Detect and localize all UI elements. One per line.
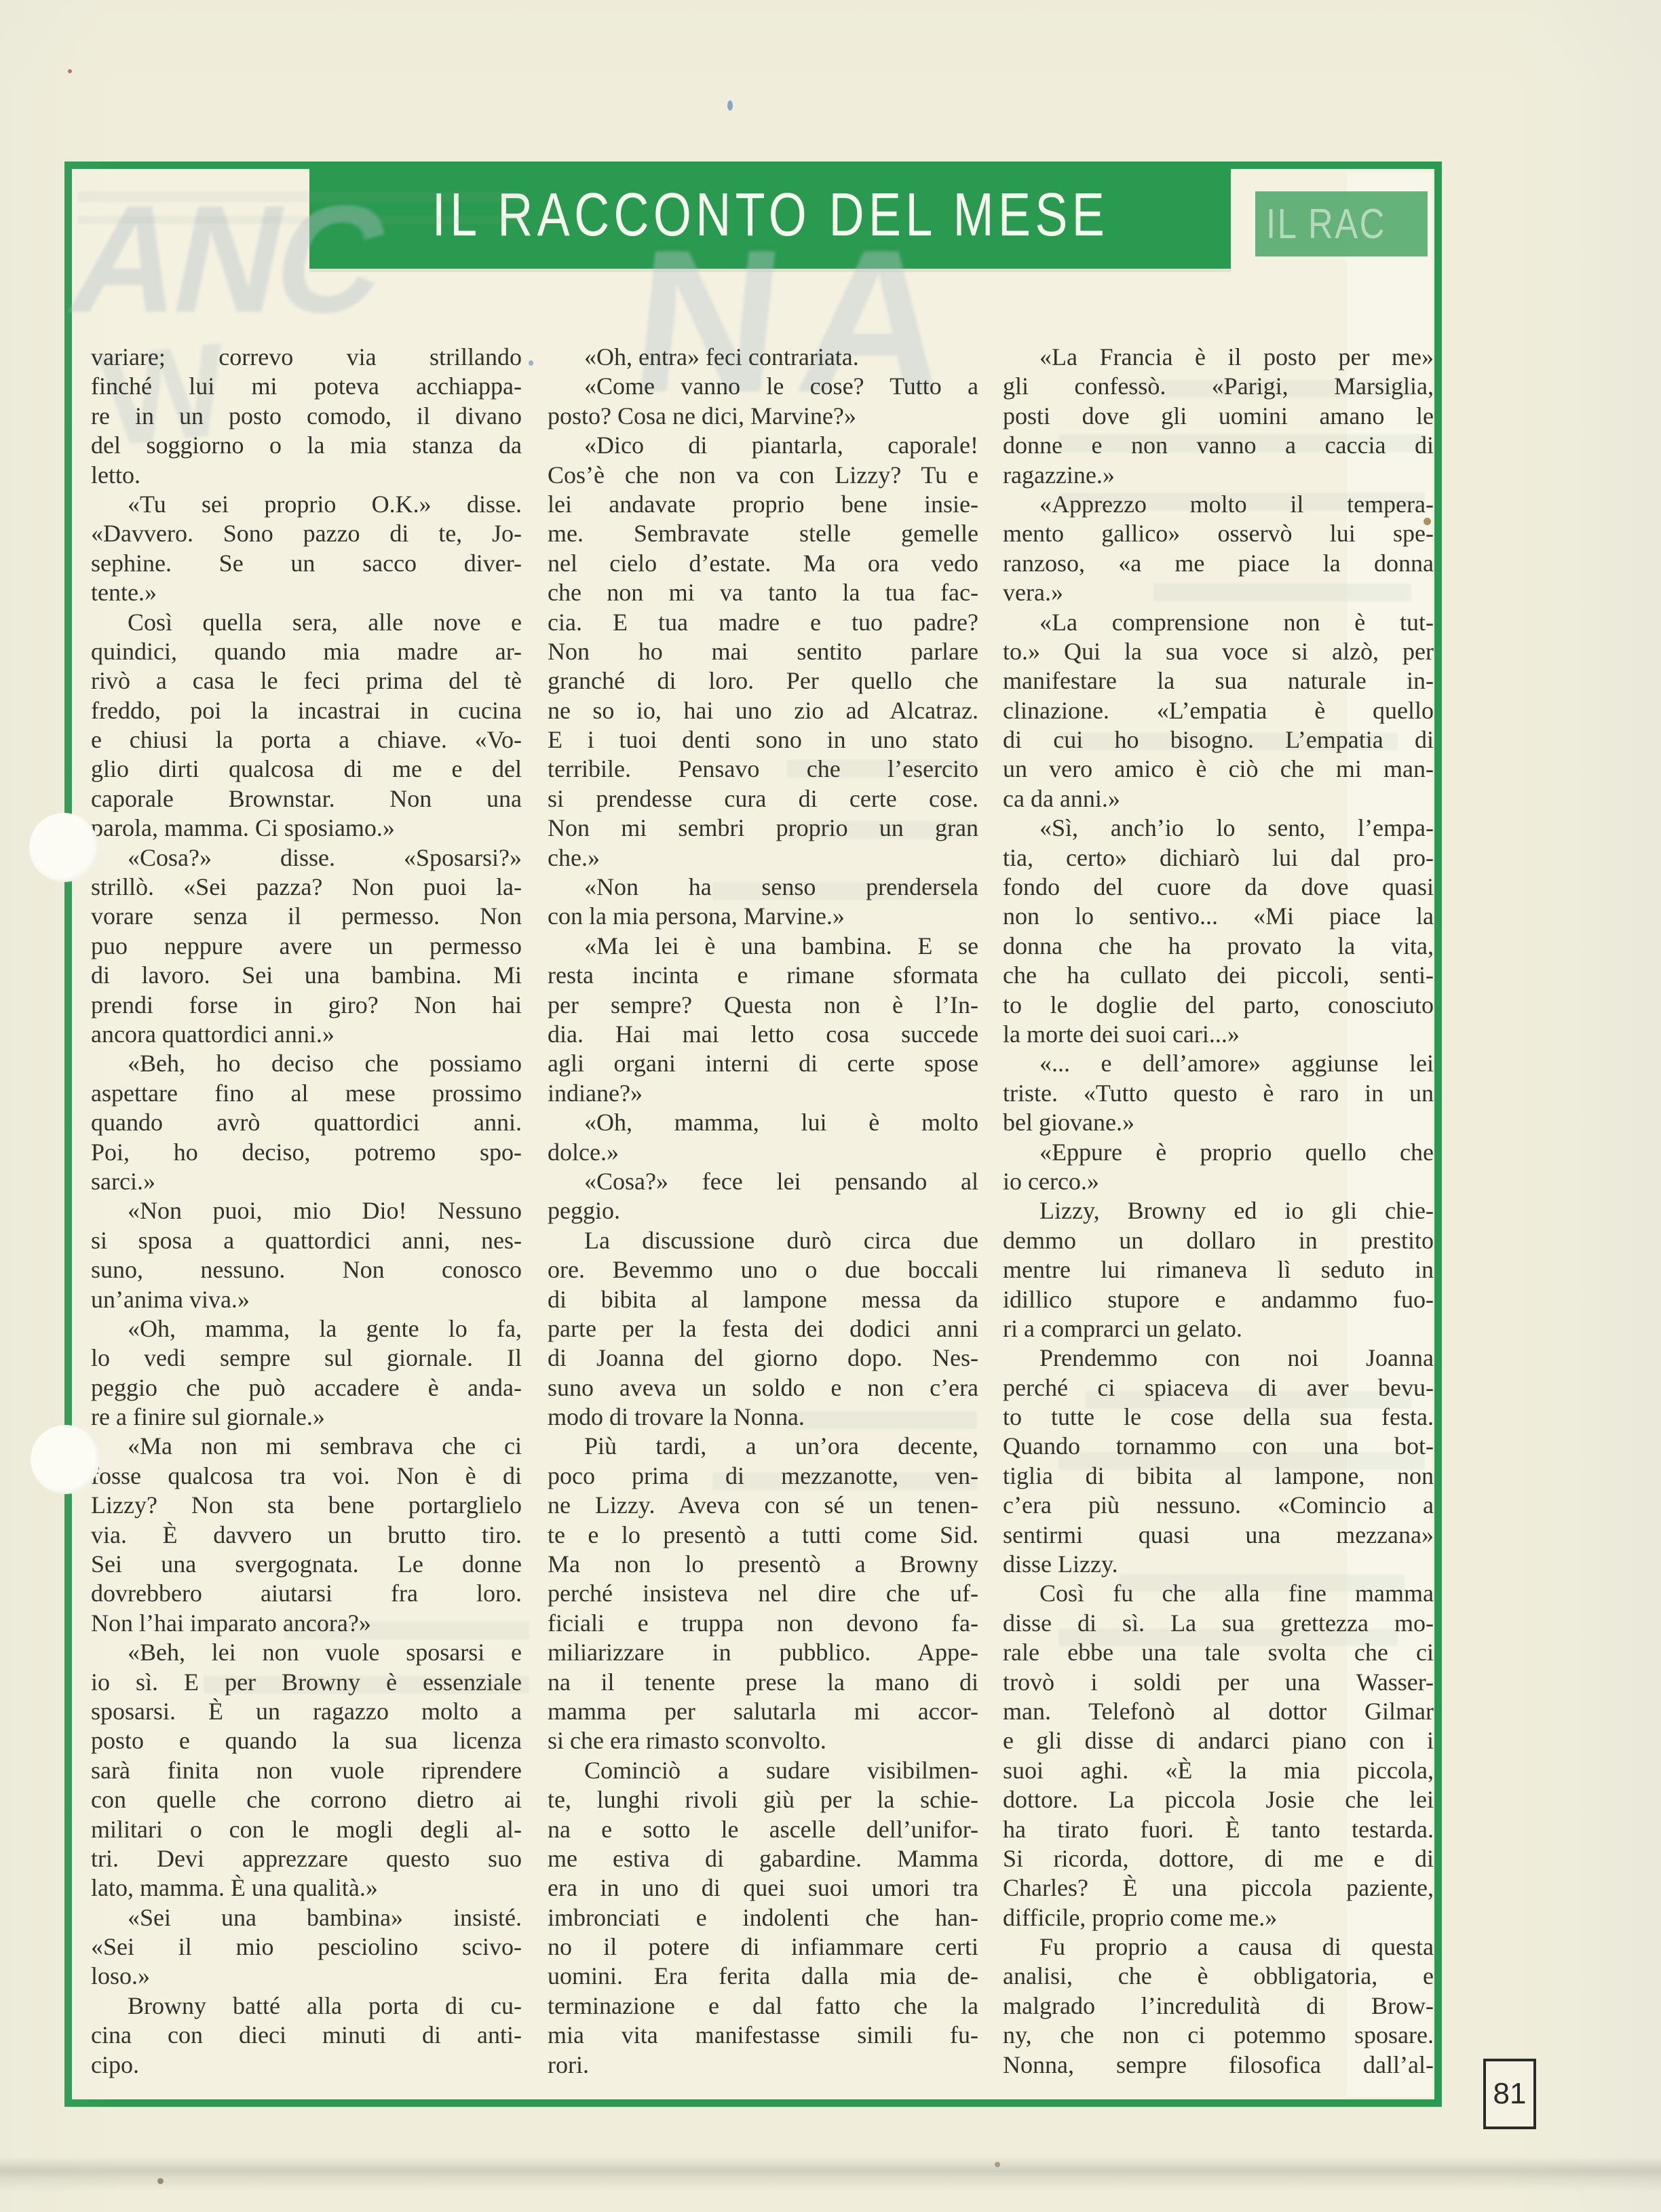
text-line: donne e non vanno a caccia di xyxy=(1003,431,1434,460)
text-line: finché lui mi poteva acchiappa- xyxy=(91,372,522,401)
text-line: ny, che non ci potemmo sposare. xyxy=(1003,2021,1434,2050)
text-line: ha tirato fuori. È tanto testarda. xyxy=(1003,1815,1434,1844)
text-line: si sposa a quattordici anni, nes- xyxy=(91,1226,522,1255)
text-line: vera.» xyxy=(1003,578,1434,607)
text-line: mento gallico» osservò lui spe- xyxy=(1003,519,1434,548)
text-line: di cui ho bisogno. L’empatia di xyxy=(1003,725,1434,755)
text-line: un vero amico è ciò che mi man- xyxy=(1003,755,1434,784)
text-line: sephine. Se un sacco diver- xyxy=(91,549,522,578)
text-line: man. Telefonò al dottor Gilmar xyxy=(1003,1697,1434,1726)
text-line: parola, mamma. Ci sposiamo.» xyxy=(91,814,522,843)
text-line: triste. «Tutto questo è raro in un xyxy=(1003,1079,1434,1108)
text-line: si che era rimasto sconvolto. xyxy=(548,1726,978,1755)
text-line: che.» xyxy=(548,843,978,873)
text-line: Fu proprio a causa di questa xyxy=(1003,1932,1434,1962)
text-line: militari o con le mogli degli al- xyxy=(91,1815,522,1844)
section-banner: IL RACCONTO DEL MESE xyxy=(309,161,1231,269)
text-line: me. Sembravate stelle gemelle xyxy=(548,519,978,548)
text-line: «Oh, mamma, la gente lo fa, xyxy=(91,1314,522,1343)
text-line: te, lunghi rivoli giù per la schie- xyxy=(548,1785,978,1814)
text-line: freddo, poi la incastrai in cucina xyxy=(91,696,522,725)
text-line: demmo un dollaro in prestito xyxy=(1003,1226,1434,1255)
story-column-3: «La Francia è il posto per me»gli confes… xyxy=(1003,343,1434,2080)
text-line: vorare senza il permesso. Non xyxy=(91,902,522,931)
text-line: Non mi sembri proprio un gran xyxy=(548,814,978,843)
paper-speck xyxy=(157,2178,164,2184)
text-line: Più tardi, a un’ora decente, xyxy=(548,1432,978,1461)
text-line: miliarizzare in pubblico. Appe- xyxy=(548,1638,978,1667)
text-line: «Sei una bambina» insisté. xyxy=(91,1903,522,1932)
text-line: terminazione e dal fatto che la xyxy=(548,1991,978,2021)
text-line: poco prima di mezzanotte, ven- xyxy=(548,1462,978,1491)
text-line: Così quella sera, alle nove e xyxy=(91,608,522,637)
text-line: posto e quando la sua licenza xyxy=(91,1726,522,1755)
text-line: «Non puoi, mio Dio! Nessuno xyxy=(91,1196,522,1225)
text-line: Ma non lo presentò a Browny xyxy=(548,1550,978,1579)
text-line: glio dirti qualcosa di me e del xyxy=(91,755,522,784)
text-line: via. È davvero un brutto tiro. xyxy=(91,1521,522,1550)
text-line: ri a comprarci un gelato. xyxy=(1003,1314,1434,1343)
ghost-section-banner: IL RAC xyxy=(1255,191,1428,256)
text-line: idillico stupore e andammo fuo- xyxy=(1003,1285,1434,1314)
text-line: agli organi interni di certe spose xyxy=(548,1049,978,1078)
page-number-badge: 81 xyxy=(1483,2059,1536,2129)
text-line: «Beh, lei non vuole sposarsi e xyxy=(91,1638,522,1667)
text-line: aspettare fino al mese prossimo xyxy=(91,1079,522,1108)
text-line: Lizzy, Browny ed io gli chie- xyxy=(1003,1196,1434,1225)
text-line: la morte dei suoi cari...» xyxy=(1003,1020,1434,1049)
text-line: re in un posto comodo, il divano xyxy=(91,402,522,431)
text-line: Poi, ho deciso, potremo spo- xyxy=(91,1138,522,1167)
text-line: dottore. La piccola Josie che lei xyxy=(1003,1785,1434,1814)
text-line: «Ma lei è una bambina. E se xyxy=(548,932,978,961)
text-line: «Cosa?» fece lei pensando al xyxy=(548,1167,978,1196)
text-line: quando avrò quattordici anni. xyxy=(91,1108,522,1137)
text-line: strillò. «Sei pazza? Non puoi la- xyxy=(91,873,522,902)
text-line: io sì. E per Browny è essenziale xyxy=(91,1668,522,1697)
text-line: «Sei il mio pesciolino scivo- xyxy=(91,1932,522,1962)
text-line: tia, certo» dichiarò lui dal pro- xyxy=(1003,843,1434,873)
text-line: mamma per salutarla mi accor- xyxy=(548,1697,978,1726)
text-line: caporale Brownstar. Non una xyxy=(91,784,522,814)
text-line: «Ma non mi sembrava che ci xyxy=(91,1432,522,1461)
text-line: del soggiorno o la mia stanza da xyxy=(91,431,522,460)
text-line: puo neppure avere un permesso xyxy=(91,932,522,961)
text-line: ranzoso, «a me piace la donna xyxy=(1003,549,1434,578)
text-line: non lo sentivo... «Mi piace la xyxy=(1003,902,1434,931)
punch-hole xyxy=(31,1425,100,1494)
text-line: me estiva di gabardine. Mamma xyxy=(548,1844,978,1873)
text-line: «La comprensione non è tut- xyxy=(1003,608,1434,637)
text-line: tente.» xyxy=(91,578,522,607)
text-line: posti dove gli uomini amano le xyxy=(1003,402,1434,431)
text-line: dolce.» xyxy=(548,1138,978,1167)
text-line: letto. xyxy=(91,461,522,490)
text-line: lato, mamma. È una qualità.» xyxy=(91,1873,522,1903)
text-line: di bibita al lampone messa da xyxy=(548,1285,978,1314)
text-line: «Eppure è proprio quello che xyxy=(1003,1138,1434,1167)
text-line: dovrebbero aiutarsi fra loro. xyxy=(91,1579,522,1608)
text-line: fondo del cuore da dove quasi xyxy=(1003,873,1434,902)
text-line: «Dico di piantarla, caporale! xyxy=(548,431,978,460)
text-line: lei andavate proprio bene insie- xyxy=(548,490,978,519)
text-line: «Cosa?» disse. «Sposarsi?» xyxy=(91,843,522,873)
text-line: cia. E tua madre e tuo padre? xyxy=(548,608,978,637)
ink-speck xyxy=(727,100,733,111)
text-line: che non mi va tanto la tua fac- xyxy=(548,578,978,607)
text-line: perché insisteva nel dire che uf- xyxy=(548,1579,978,1608)
text-line: tri. Devi apprezzare questo suo xyxy=(91,1844,522,1873)
ghost-section-title: IL RAC xyxy=(1266,200,1386,248)
text-line: prendi forse in giro? Non hai xyxy=(91,991,522,1020)
text-line: disse di sì. La sua grettezza mo- xyxy=(1003,1609,1434,1638)
text-line: «Tu sei proprio O.K.» disse. xyxy=(91,490,522,519)
text-line: fosse qualcosa tra voi. Non è di xyxy=(91,1462,522,1491)
text-line: disse Lizzy. xyxy=(1003,1550,1434,1579)
text-line: Lizzy? Non sta bene portarglielo xyxy=(91,1491,522,1520)
text-line: quindici, quando mia madre ar- xyxy=(91,637,522,666)
text-line: Quando tornammo con una bot- xyxy=(1003,1432,1434,1461)
text-line: na e sotto le ascelle dell’unifor- xyxy=(548,1815,978,1844)
text-line: dia. Hai mai letto cosa succede xyxy=(548,1020,978,1049)
text-line: mia vita manifestasse simili fu- xyxy=(548,2021,978,2050)
paper-speck xyxy=(995,2162,1000,2167)
text-line: «... e dell’amore» aggiunse lei xyxy=(1003,1049,1434,1078)
text-line: «Beh, ho deciso che possiamo xyxy=(91,1049,522,1078)
text-line: Cos’è che non va con Lizzy? Tu e xyxy=(548,461,978,490)
text-line: tiglia di bibita al lampone, non xyxy=(1003,1462,1434,1491)
text-line: ragazzine.» xyxy=(1003,461,1434,490)
punch-hole xyxy=(29,813,98,882)
text-line: Sei una svergognata. Le donne xyxy=(91,1550,522,1579)
text-line: sarà finita non vuole riprendere xyxy=(91,1756,522,1785)
text-line: analisi, che è obbligatoria, e xyxy=(1003,1962,1434,1991)
text-line: rale ebbe una tale svolta che ci xyxy=(1003,1638,1434,1667)
text-line: suno, nessuno. Non conosco xyxy=(91,1255,522,1284)
text-line: di Joanna del giorno dopo. Nes- xyxy=(548,1343,978,1373)
story-column-2: «Oh, entra» feci contrariata.«Come vanno… xyxy=(548,343,978,2080)
ink-speck xyxy=(68,69,72,73)
text-line: suno aveva un soldo e non c’era xyxy=(548,1373,978,1403)
text-line: sposarsi. È un ragazzo molto a xyxy=(91,1697,522,1726)
ink-speck xyxy=(529,360,533,366)
text-line: manifestare la sua naturale in- xyxy=(1003,666,1434,695)
text-line: no il potere di infiammare certi xyxy=(548,1932,978,1962)
text-line: Non l’hai imparato ancora?» xyxy=(91,1609,522,1638)
text-line: parte per la festa dei dodici anni xyxy=(548,1314,978,1343)
text-line: mentre lui rimaneva lì seduto in xyxy=(1003,1255,1434,1284)
text-line: rori. xyxy=(548,2051,978,2080)
text-line: c’era più nessuno. «Comincio a xyxy=(1003,1491,1434,1520)
text-line: clinazione. «L’empatia è quello xyxy=(1003,696,1434,725)
text-line: La discussione durò circa due xyxy=(548,1226,978,1255)
text-line: Cominciò a sudare visibilmen- xyxy=(548,1756,978,1785)
magazine-page-scan: { "page": {"number": "81", "paper_color"… xyxy=(0,0,1661,2212)
text-line: Si ricorda, dottore, di me e di xyxy=(1003,1844,1434,1873)
text-line: per sempre? Questa non è l’In- xyxy=(548,991,978,1020)
text-line: donna che ha provato la vita, xyxy=(1003,932,1434,961)
text-line: «Oh, entra» feci contrariata. xyxy=(548,343,978,372)
text-line: cipo. xyxy=(91,2051,522,2080)
text-line: variare; correvo via strillando xyxy=(91,343,522,372)
text-line: ca da anni.» xyxy=(1003,784,1434,814)
text-line: Nonna, sempre filosofica dall’al- xyxy=(1003,2051,1434,2080)
text-line: «Come vanno le cose? Tutto a xyxy=(548,372,978,401)
text-line: era in uno di quei suoi umori tra xyxy=(548,1873,978,1903)
text-line: con quelle che corrono dietro ai xyxy=(91,1785,522,1814)
text-line: posto? Cosa ne dici, Marvine?» xyxy=(548,402,978,431)
text-line: ne Lizzy. Aveva con sé un tenen- xyxy=(548,1491,978,1520)
text-line: e gli disse di andarci piano con i xyxy=(1003,1726,1434,1755)
text-line: ficiali e truppa non devono fa- xyxy=(548,1609,978,1638)
section-title: IL RACCONTO DEL MESE xyxy=(432,180,1109,250)
text-line: rivò a casa le feci prima del tè xyxy=(91,666,522,695)
scan-shadow-band xyxy=(0,2156,1661,2192)
text-line: to.» Qui la sua voce si alzò, per xyxy=(1003,637,1434,666)
text-line: E i tuoi denti sono in uno stato xyxy=(548,725,978,755)
text-line: si prendesse cura di certe cose. xyxy=(548,784,978,814)
text-line: perché ci spiaceva di aver bevu- xyxy=(1003,1373,1434,1403)
text-line: «Sì, anch’io lo sento, l’empa- xyxy=(1003,814,1434,843)
text-line: imbronciati e indolenti che han- xyxy=(548,1903,978,1932)
paper-speck xyxy=(1424,518,1431,525)
text-line: loso.» xyxy=(91,1962,522,1991)
text-line: lo vedi sempre sul giornale. Il xyxy=(91,1343,522,1373)
text-line: «Apprezzo molto il tempera- xyxy=(1003,490,1434,519)
text-line: terribile. Pensavo che l’esercito xyxy=(548,755,978,784)
text-line: te e lo presentò a tutti come Sid. xyxy=(548,1521,978,1550)
text-line: indiane?» xyxy=(548,1079,978,1108)
text-line: «Davvero. Sono pazzo di te, Jo- xyxy=(91,519,522,548)
text-line: to le doglie del parto, conosciuto xyxy=(1003,991,1434,1020)
text-line: bel giovane.» xyxy=(1003,1108,1434,1137)
text-line: cina con dieci minuti di anti- xyxy=(91,2021,522,2050)
text-line: nel cielo d’estate. Ma ora vedo xyxy=(548,549,978,578)
text-line: modo di trovare la Nonna. xyxy=(548,1403,978,1432)
text-line: Prendemmo con noi Joanna xyxy=(1003,1343,1434,1373)
text-line: ore. Bevemmo uno o due boccali xyxy=(548,1255,978,1284)
text-line: suoi aghi. «È la mia piccola, xyxy=(1003,1756,1434,1785)
text-line: ne so io, hai uno zio ad Alcatraz. xyxy=(548,696,978,725)
text-line: resta incinta e rimane sformata xyxy=(548,961,978,990)
text-line: di lavoro. Sei una bambina. Mi xyxy=(91,961,522,990)
text-line: «Oh, mamma, lui è molto xyxy=(548,1108,978,1137)
text-line: Non ho mai sentito parlare xyxy=(548,637,978,666)
text-line: gli confessò. «Parigi, Marsiglia, xyxy=(1003,372,1434,401)
text-line: io cerco.» xyxy=(1003,1167,1434,1196)
text-line: trovò i soldi per una Wasser- xyxy=(1003,1668,1434,1697)
text-line: «La Francia è il posto per me» xyxy=(1003,343,1434,372)
text-line: na il tenente prese la mano di xyxy=(548,1668,978,1697)
text-line: con la mia persona, Marvine.» xyxy=(548,902,978,931)
text-line: Così fu che alla fine mamma xyxy=(1003,1579,1434,1608)
text-line: difficile, proprio come me.» xyxy=(1003,1903,1434,1932)
text-line: peggio. xyxy=(548,1196,978,1225)
text-line: che ha cullato dei piccoli, senti- xyxy=(1003,961,1434,990)
text-line: to tutte le cose della sua festa. xyxy=(1003,1403,1434,1432)
text-line: malgrado l’incredulità di Brow- xyxy=(1003,1991,1434,2021)
text-line: granché di loro. Per quello che xyxy=(548,666,978,695)
text-line: re a finire sul giornale.» xyxy=(91,1403,522,1432)
page-number: 81 xyxy=(1493,2077,1527,2111)
text-line: sarci.» xyxy=(91,1167,522,1196)
text-line: Browny batté alla porta di cu- xyxy=(91,1991,522,2021)
text-line: «Non ha senso prendersela xyxy=(548,873,978,902)
text-line: peggio che può accadere è anda- xyxy=(91,1373,522,1403)
text-line: Charles? È una piccola paziente, xyxy=(1003,1873,1434,1903)
text-line: sentirmi quasi una mezzana» xyxy=(1003,1521,1434,1550)
text-line: uomini. Era ferita dalla mia de- xyxy=(548,1962,978,1991)
text-line: e chiusi la porta a chiave. «Vo- xyxy=(91,725,522,755)
story-column-1: variare; correvo via strillandofinché lu… xyxy=(91,343,522,2080)
text-line: ancora quattordici anni.» xyxy=(91,1020,522,1049)
text-line: un’anima viva.» xyxy=(91,1285,522,1314)
